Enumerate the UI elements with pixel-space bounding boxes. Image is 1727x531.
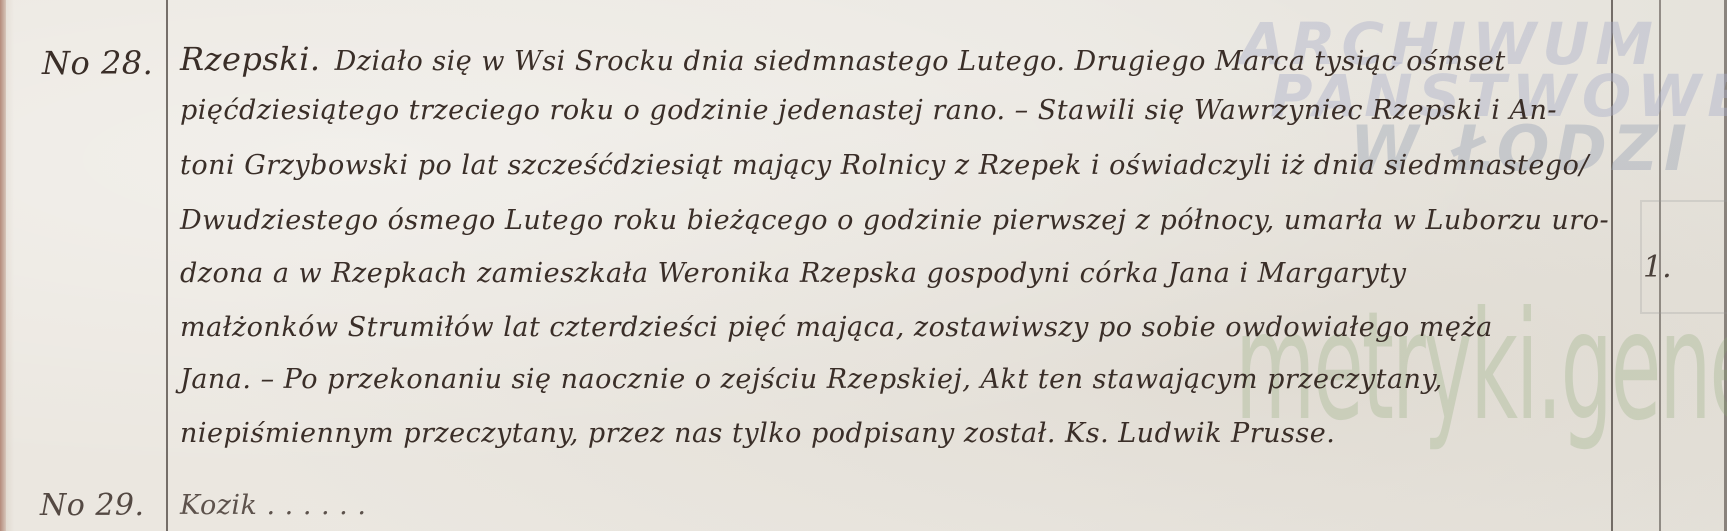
entry-line-2: pięćdziesiątego trzeciego roku o godzini… [180,95,1557,126]
entry-line-5: dzona a w Rzepkach zamieszkała Weronika … [180,258,1406,289]
next-entry-line-fragment: Kozik . . . . . . [180,490,366,521]
entry-surname: Rzepski. [180,40,321,78]
entry-line-text: Działo się w Wsi Srocku dnia siedmnasteg… [335,46,1506,77]
entry-line-4: Dwudziestego ósmego Lutego roku bieżąceg… [180,205,1609,236]
entry-line-7: Jana. – Po przekonaniu się naocznie o ze… [180,364,1443,395]
margin-note: 1. [1643,250,1672,285]
next-entry-number: No 29. [40,488,145,523]
register-page: ARCHIWUM PAŃSTWOWE W ŁODZI metryki.genea… [0,0,1727,531]
entry-line-6: małżonków Strumiłów lat czterdzieści pię… [180,312,1493,343]
entry-line-8-signature: niepiśmiennym przeczytany, przez nas tyl… [180,418,1335,449]
entry-line-1: Rzepski.Działo się w Wsi Srocku dnia sie… [180,40,1506,78]
page-binding-edge [0,0,6,531]
entry-number: No 28. [42,44,153,82]
entry-line-3: toni Grzybowski po lat szcześćdziesiąt m… [180,150,1589,181]
margin-rule-left [166,0,168,531]
